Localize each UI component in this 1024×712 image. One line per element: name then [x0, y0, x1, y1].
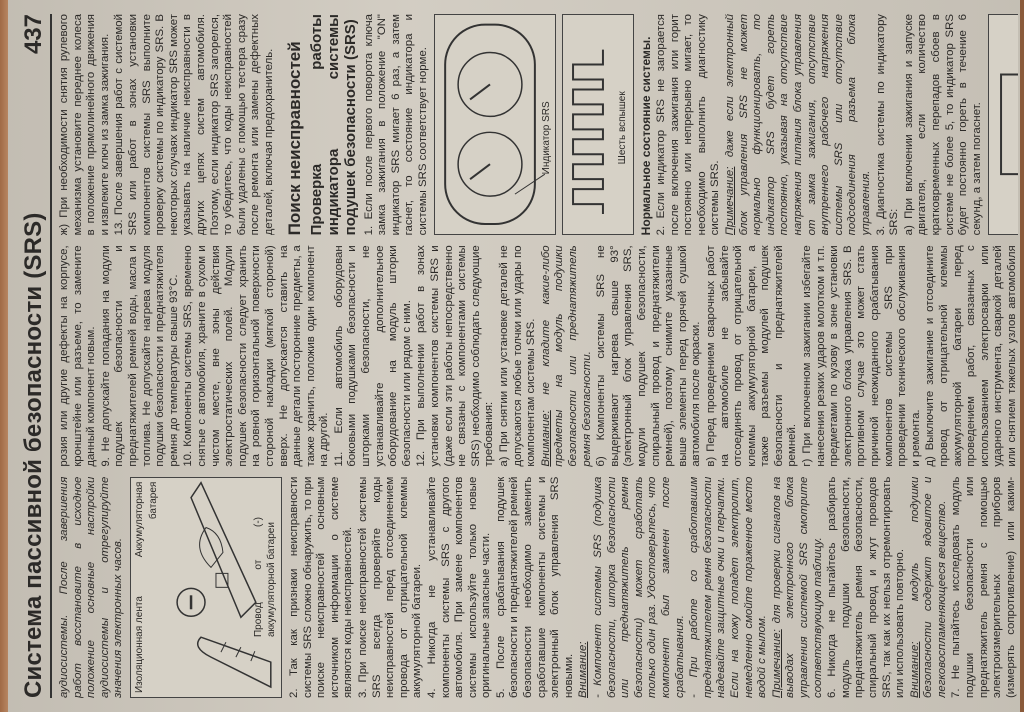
- subsection-title: Проверка работы индикатора системы подуш…: [308, 14, 359, 235]
- label-srs-indicator: Индикатор SRS: [540, 101, 554, 174]
- note-label: Примечание:: [771, 629, 783, 698]
- section-title: Поиск неисправностей: [285, 14, 304, 235]
- label-insulating-tape: Изоляционная лента: [133, 596, 147, 693]
- label-negative-wire: Провод от (-) аккумуляторной батареи: [252, 517, 279, 637]
- six-seconds-waveform: [989, 15, 1018, 234]
- page-number: 437: [20, 14, 48, 54]
- paragraph-12v: в) Перед проведением сварочных работ на …: [705, 245, 800, 466]
- paragraph-12a: а) При снятии или установке деталей не д…: [498, 245, 539, 466]
- paragraph-1: 1. Если после первого поворота ключа зам…: [363, 14, 431, 235]
- column-1: аудиосистемы. После завершения работ вос…: [58, 477, 1018, 698]
- attention-item-1: - Компонент системы SRS (подушка безопас…: [592, 477, 687, 698]
- paragraph-13: 13. После завершения работ с системой SR…: [113, 14, 276, 235]
- paragraph-12g: г) При включенном зажигании избегайте на…: [801, 245, 923, 466]
- instrument-cluster-illustration: [435, 15, 555, 234]
- paragraph-4: 4. Никогда не устанавливайте компоненты …: [426, 477, 494, 698]
- six-flashes-figure: Шесть вспышек: [562, 14, 634, 235]
- book-page: Система пассивной безопасности (SRS) 437…: [8, 0, 1020, 712]
- paragraph-12zh: ж) При необходимости снятия рулевого мех…: [58, 14, 112, 235]
- column-3: ж) При необходимости снятия рулевого мех…: [58, 14, 1018, 235]
- intro-paragraph: аудиосистемы. После завершения работ вос…: [58, 477, 126, 698]
- column-2: розия или другие дефекты на корпусе, кро…: [58, 245, 1018, 466]
- six-seconds-figure: Гаснет через 6 секунд: [988, 14, 1018, 235]
- normal-state-caption: Нормальное состояние системы.: [640, 14, 654, 235]
- paragraph-9: 9. Не допускайте попадания на модули под…: [100, 245, 182, 466]
- paragraph-10: 10. Компоненты системы SRS, временно сня…: [182, 245, 332, 466]
- attention-label: Внимание:: [540, 410, 552, 466]
- label-battery: Аккумуляторная батарея: [133, 482, 160, 562]
- page-title: Система пассивной безопасности (SRS): [20, 212, 48, 698]
- page-header: Система пассивной безопасности (SRS) 437: [14, 14, 52, 698]
- paragraph-3: 3. При поиске неисправностей системы SRS…: [357, 477, 425, 698]
- paragraph-2: 2. Если индикатор SRS не загорается посл…: [655, 14, 723, 235]
- note-label: Примечание:: [724, 167, 736, 236]
- paragraph-11: 11. Если автомобиль оборудован боковыми …: [333, 245, 415, 466]
- paragraph-2: 2. Так как признаки неисправности систем…: [288, 477, 356, 698]
- paragraph-7: 7. Не пытайтесь исследовать модуль подуш…: [950, 477, 1018, 698]
- paragraph-3a: а) При включении зажигания и запуске дви…: [903, 14, 985, 235]
- paragraph-6: 6. Никогда не пытайтесь разбирать модуль…: [826, 477, 908, 698]
- instrument-cluster-figure: Индикатор SRS: [434, 14, 556, 235]
- paragraph-12d: д) Выключите зажигание и отсоедините про…: [924, 245, 1018, 466]
- six-flashes-waveform: [563, 15, 613, 234]
- paragraph-12b: б) Компоненты системы SRS не выдерживают…: [595, 245, 704, 466]
- battery-disconnect-figure: Изоляционная лента Аккумуляторная батаре…: [130, 477, 282, 698]
- attention-item-2: - При работе со сработавшим преднатяжите…: [688, 477, 770, 698]
- paragraph-continued: розия или другие дефекты на корпусе, кро…: [58, 245, 99, 466]
- label-six-flashes: Шесть вспышек: [616, 91, 630, 164]
- paragraph-12: 12. При выполнении работ в зонах установ…: [415, 245, 497, 466]
- attention-label: Внимание:: [577, 477, 591, 698]
- attention2-label: Внимание:: [909, 642, 921, 698]
- note-text: даже если электронный блок управления SR…: [724, 14, 872, 235]
- paragraph-5: 5. После срабатывания подушек безопаснос…: [495, 477, 577, 698]
- paragraph-3: 3. Диагностика системы по индикатору SRS…: [875, 14, 902, 235]
